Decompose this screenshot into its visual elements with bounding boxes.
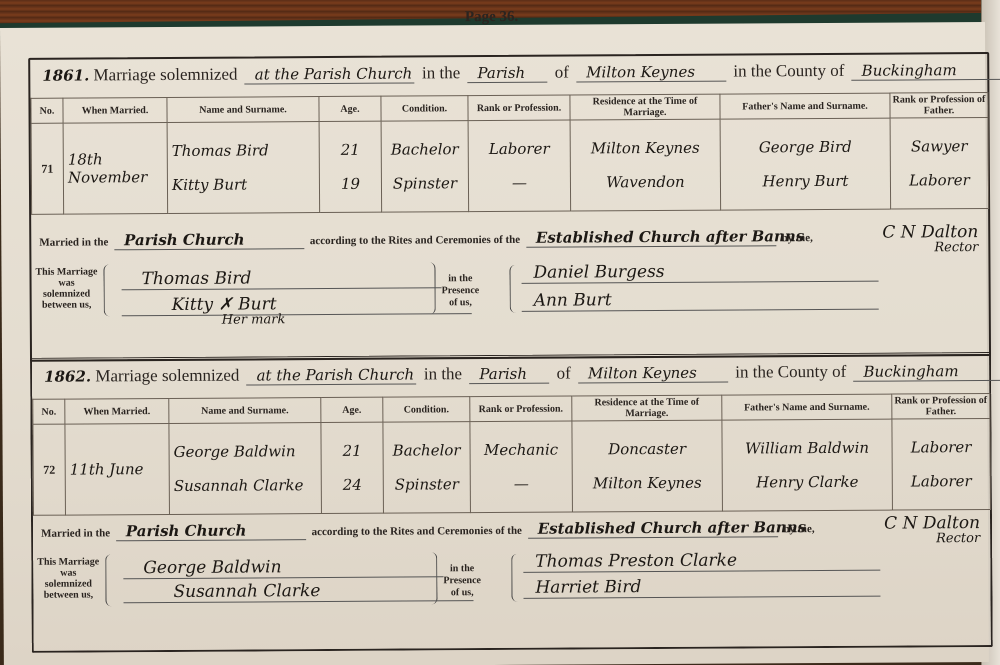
presence-label-line: Presence [442,285,480,297]
witness-1: Thomas Preston Clarke [523,550,880,573]
groom-father-rank: Sawyer [895,129,984,164]
father-rank-cell: Sawyer Laborer [890,117,989,209]
groom-name: George Baldwin [173,434,316,469]
label-married-in-the: Married in the [41,527,110,539]
place-field: at the Parish Church [245,64,415,84]
bride-rank: — [473,166,566,201]
col-residence: Residence at the Time of Marriage. [572,395,722,421]
ages-cell: 21 24 [321,422,384,513]
marriage-entry: 1861. Marriage solemnized at the Parish … [28,52,991,362]
groom-age: 21 [325,434,378,468]
col-condition: Condition. [381,96,468,122]
col-no: No. [33,399,65,424]
officiant-signature: C N Dalton Rector [884,513,980,547]
father-cell: William Baldwin Henry Clarke [722,419,893,511]
page-number: Page 36. [465,9,518,26]
label-county-of: of [832,362,846,381]
col-rank: Rank or Profession. [468,95,570,121]
town-field: Milton Keynes [576,63,726,83]
between-label-line: This Marriage [37,556,99,567]
married-in-field: Parish Church [116,521,306,541]
col-when-married: When Married. [63,97,167,123]
between-label-line: solemnized [36,288,98,299]
presence-label: in the Presence of us, [442,273,480,309]
witness-2: Harriet Bird [523,576,880,599]
between-label-line: between us, [36,299,98,310]
ceremony-line: Married in the Parish Church according t… [39,226,979,251]
bride-father: Henry Burt [725,164,886,199]
groom-rank: Laborer [473,132,566,167]
between-label-line: between us, [37,589,99,600]
entry-headline: 1862. Marriage solemnized at the Parish … [44,361,1000,387]
presence-label-line: in the [442,273,480,285]
rites-field: Established Church after Banns [526,227,776,248]
presence-label-line: in the [443,563,481,575]
bride-residence: Wavendon [575,165,716,200]
groom-father-rank: Laborer [896,430,985,465]
table-row: 72 11th June George Baldwin Susannah Cla… [33,418,991,515]
between-label-line: was [36,277,98,288]
label-according-to: according to the Rites and Ceremonies of… [312,525,522,538]
condition-cell: Bachelor Spinster [383,422,471,514]
col-father-rank: Rank or Profession of Father. [892,393,990,419]
between-label-line: This Marriage [35,266,97,277]
witness-1: Daniel Burgess [521,261,878,284]
groom-residence: Doncaster [576,432,717,467]
col-when-married: When Married. [65,398,169,424]
names-cell: George Baldwin Susannah Clarke [169,423,322,515]
groom-age: 21 [324,133,377,167]
bride-age: 19 [324,167,377,201]
label-of: of [555,63,569,82]
father-rank-cell: Laborer Laborer [892,418,991,510]
bride-signature: Susannah Clarke [123,580,473,603]
groom-residence: Milton Keynes [575,131,716,166]
bride-rank: — [475,467,568,502]
between-us-label: This Marriage was solemnized between us, [35,266,97,310]
names-cell: Thomas Bird Kitty Burt [167,122,320,214]
register-table: No. When Married. Name and Surname. Age.… [30,92,989,215]
entry-number: 71 [31,123,64,214]
presence-label-line: Presence [443,575,481,587]
entry-headline: 1861. Marriage solemnized at the Parish … [42,60,1000,86]
bride-name: Kitty Burt [172,167,315,202]
between-label-line: was [37,567,99,578]
bride-signature: Kitty ✗ Burt [122,293,472,316]
label-marriage-solemnized: Marriage solemnized [93,65,237,85]
groom-father: William Baldwin [726,431,887,466]
between-us-label: This Marriage was solemnized between us, [37,556,99,600]
label-according-to: according to the Rites and Ceremonies of… [310,234,520,247]
bride-condition: Spinster [388,467,466,501]
father-cell: George Bird Henry Burt [720,118,891,210]
groom-signature: Thomas Bird [121,267,441,290]
ages-cell: 21 19 [319,121,382,212]
residence-cell: Milton Keynes Wavendon [570,119,721,211]
col-age: Age. [321,397,383,422]
marriage-entry: 1862. Marriage solemnized at the Parish … [30,352,993,653]
place-field: at the Parish Church [247,365,417,385]
col-father: Father's Name and Surname. [720,93,890,119]
col-name: Name and Surname. [169,398,321,424]
col-name: Name and Surname. [167,97,319,123]
bride-condition: Spinster [386,166,464,200]
entry-number: 72 [33,424,66,515]
label-married-in-the: Married in the [39,236,108,248]
table-row: 71 18th November Thomas Bird Kitty Burt … [31,117,989,214]
county-field: Buckingham [852,61,1000,81]
rank-cell: Laborer — [468,120,571,212]
presence-label: in the Presence of us, [443,563,481,599]
bride-residence: Milton Keynes [577,466,718,501]
bride-age: 24 [326,468,379,502]
parish-type-field: Parish [469,365,549,384]
groom-signature: George Baldwin [123,556,443,579]
groom-condition: Bachelor [386,132,464,166]
rank-cell: Mechanic — [470,421,573,513]
officiant-signature: C N Dalton Rector [882,222,978,256]
col-father-rank: Rank or Profession of Father. [890,92,988,118]
col-residence: Residence at the Time of Marriage. [570,94,720,120]
groom-father: George Bird [725,130,886,165]
year: 1861. [42,66,89,84]
register-table: No. When Married. Name and Surname. Age.… [32,393,991,516]
year: 1862. [44,367,91,385]
county-field: Buckingham [853,362,1000,382]
groom-name: Thomas Bird [172,133,315,168]
signature-note: Her mark [222,312,286,327]
col-condition: Condition. [383,397,470,423]
label-by-me: by me, [782,232,813,244]
ceremony-line: Married in the Parish Church according t… [41,517,981,542]
label-of: of [557,364,571,383]
col-father: Father's Name and Surname. [722,394,892,420]
col-age: Age. [319,96,381,121]
label-in-the-county: in the County [733,61,826,81]
label-marriage-solemnized: Marriage solemnized [95,366,239,386]
when-married: 18th November [63,122,168,214]
label-by-me: by me, [783,523,814,535]
presence-label-line: of us, [443,587,481,599]
between-label-line: solemnized [37,578,99,589]
col-no: No. [31,98,63,123]
col-rank: Rank or Profession. [470,396,572,422]
married-in-field: Parish Church [114,230,304,250]
presence-label-line: of us, [442,297,480,309]
label-in-the: in the [424,364,462,383]
residence-cell: Doncaster Milton Keynes [572,420,723,512]
label-in-the-county: in the County [735,362,828,382]
parish-type-field: Parish [467,64,547,83]
condition-cell: Bachelor Spinster [381,121,469,213]
bride-name: Susannah Clarke [174,468,317,503]
when-married: 11th June [65,423,170,515]
label-in-the: in the [422,63,460,82]
bride-father-rank: Laborer [895,163,984,198]
rites-field: Established Church after Banns [528,518,778,539]
town-field: Milton Keynes [578,364,728,384]
groom-rank: Mechanic [474,433,567,468]
label-county-of: of [830,61,844,80]
bride-father-rank: Laborer [897,464,986,499]
groom-condition: Bachelor [387,433,465,467]
bride-father: Henry Clarke [727,465,888,500]
witness-2: Ann Burt [522,289,879,312]
register-page: Page 36. 1861. Marriage solemnized at th… [0,22,989,665]
